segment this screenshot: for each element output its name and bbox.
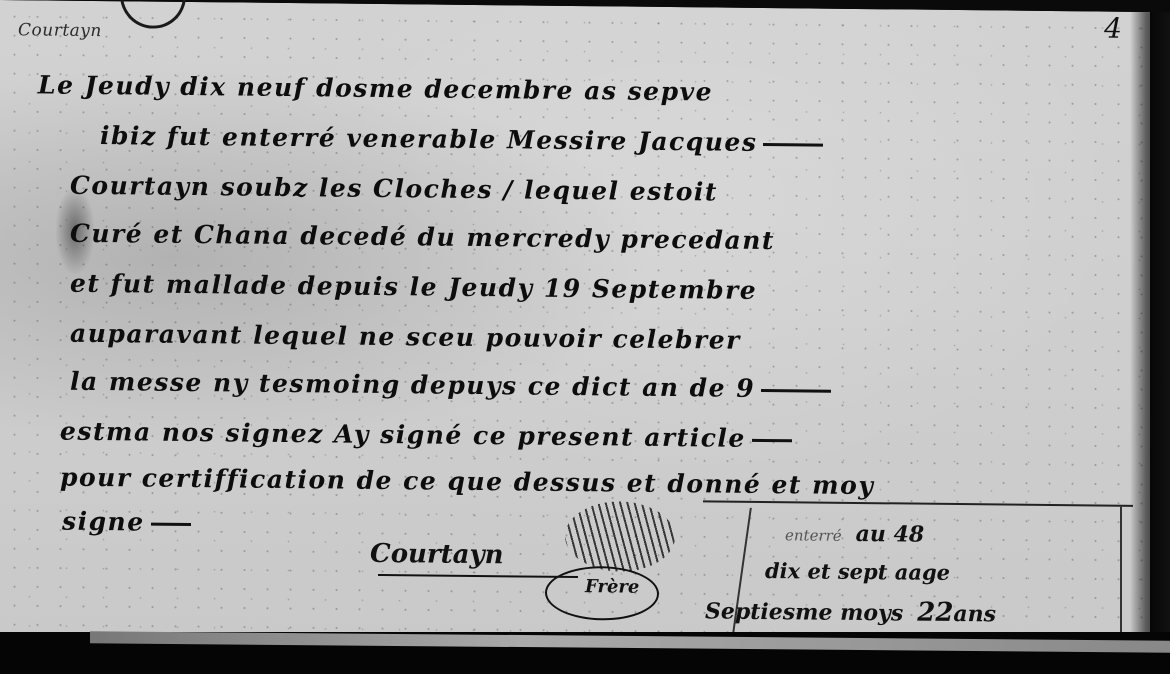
signature-paraph-flourish (565, 501, 675, 572)
line-filler-dash (761, 389, 831, 393)
text-line-5: et fut mallade depuis le Jeudy 19 Septem… (70, 269, 757, 305)
margin-name-note: Courtayn (18, 20, 102, 41)
text-line-7: la messe ny tesmoing depuys ce dict an d… (70, 367, 831, 404)
text-line-3: Courtayn soubz les Cloches / lequel esto… (70, 171, 718, 207)
text-line-6: auparavant lequel ne sceu pouvoir celebr… (70, 319, 741, 355)
line-filler-dash (752, 439, 792, 442)
line-filler-dash (763, 143, 823, 147)
text-line-9: pour certiffication de ce que dessus et … (60, 463, 874, 501)
text-line-6-content: auparavant lequel ne sceu pouvoir celebr… (70, 319, 741, 355)
text-line-10: signe (62, 507, 191, 537)
text-line-4-content: Curé et Chana decedé du mercredy preceda… (70, 219, 775, 255)
boxed-note-line-2: dix et sept aage (765, 558, 950, 585)
line-filler-dash (151, 523, 191, 526)
boxed-note-year: au 48 (856, 521, 925, 548)
top-flourish-stroke (120, 0, 186, 29)
text-line-7-content: la messe ny tesmoing depuys ce dict an d… (70, 367, 755, 403)
signature-courtayn: Courtayn (370, 539, 504, 570)
boxed-note-age: 22 (917, 598, 953, 628)
signature-underline (378, 574, 578, 578)
text-line-9-content: pour certiffication de ce que dessus et … (60, 463, 874, 501)
text-line-10-content: signe (62, 507, 145, 537)
boxed-note-right-rule (1120, 507, 1122, 642)
text-line-2-content: ibiz fut enterré venerable Messire Jacqu… (100, 121, 757, 157)
text-line-2: ibiz fut enterré venerable Messire Jacqu… (100, 121, 823, 158)
signature-frere: Frère (585, 576, 639, 598)
text-line-1: Le Jeudy dix neuf dosme decembre as sepv… (38, 70, 713, 106)
boxed-note-line-1: enterréau 48 (785, 520, 924, 547)
corner-mark: 4 (1104, 12, 1122, 45)
manuscript-page: Courtayn 4 Le Jeudy dix neuf dosme decem… (0, 0, 1150, 652)
text-line-5-content: et fut mallade depuis le Jeudy 19 Septem… (70, 269, 757, 305)
boxed-note-month: Septiesme moys (705, 598, 903, 626)
text-line-4: Curé et Chana decedé du mercredy preceda… (70, 219, 775, 255)
boxed-note-age-suffix: ans (953, 601, 996, 627)
text-line-1-content: Le Jeudy dix neuf dosme decembre as sepv… (38, 70, 713, 106)
boxed-note-line-3: Septiesme moys22ans (705, 595, 996, 628)
text-line-8: estma nos signez Ay signé ce present art… (60, 417, 792, 454)
text-line-3-content: Courtayn soubz les Cloches / lequel esto… (70, 171, 718, 207)
text-line-8-content: estma nos signez Ay signé ce present art… (60, 417, 746, 453)
boxed-note-faint-word: enterré (785, 526, 842, 545)
